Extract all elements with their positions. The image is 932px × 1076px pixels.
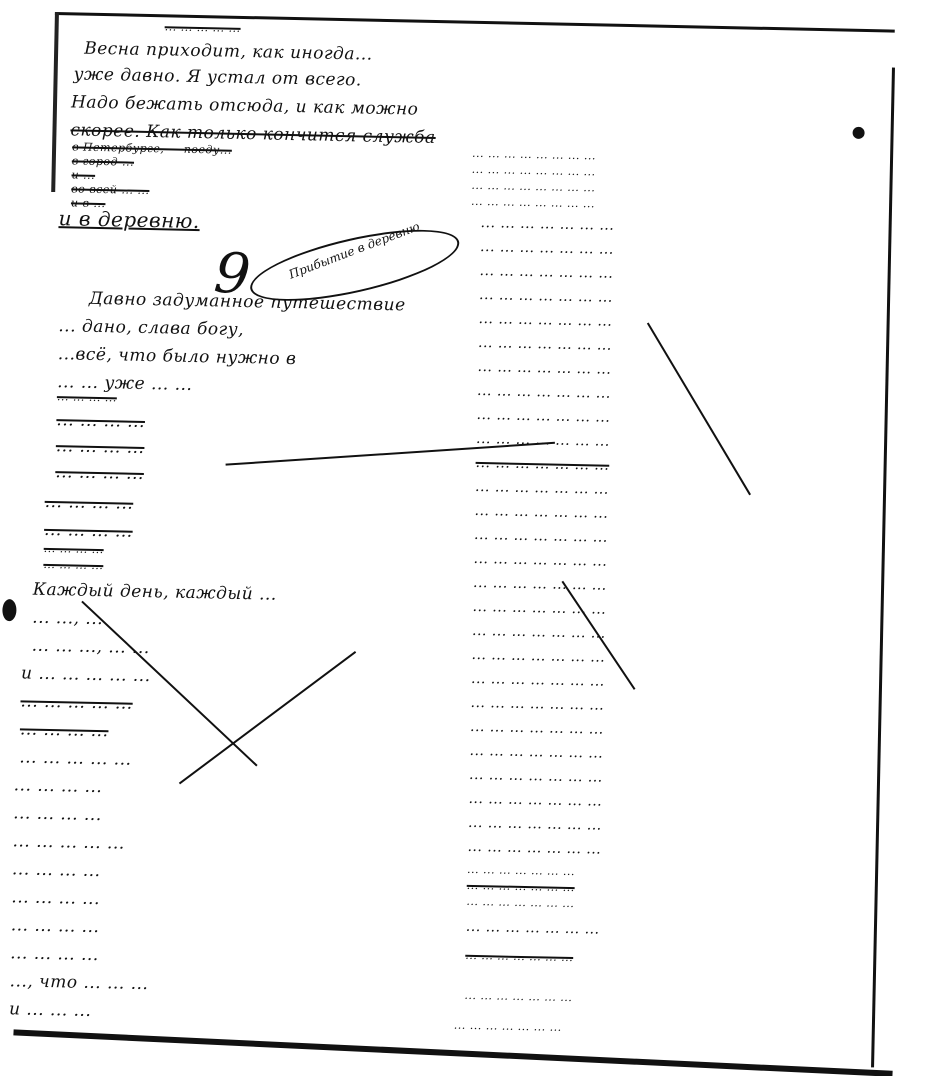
text-line: Каждый день, каждый ... [33, 580, 277, 605]
page-edge-right [871, 68, 895, 1068]
text-line: ... ... ... ... ... ... ... [477, 359, 611, 378]
struck-line: ... ... ... ... [20, 719, 109, 741]
text-line: ... ... ... ... ... ... ... [478, 311, 612, 330]
text-line: ... ... ... ... ... ... ... [474, 527, 608, 546]
text-line: ... ... ... ... ... ... ... [476, 431, 610, 450]
text-line: ... ... ... ... ... ... ... [468, 815, 602, 834]
text-line: ... ... ... ... ... ... ... [473, 575, 607, 594]
cross-out-stroke [647, 322, 751, 495]
text-line: ... ... ... ... [13, 803, 102, 825]
text-line: ... ... ... ... ... ... ... ... [471, 179, 595, 195]
text-line: и ... ... ... [9, 999, 92, 1021]
text-line: ... ... ... ... ... ... ... [473, 551, 607, 570]
text-line: ... ... ... ... ... ... ... [471, 647, 605, 666]
ink-blot [2, 599, 16, 621]
text-line: ... ... ... ... ... ... ... [476, 407, 610, 426]
text-line: ... ... ... ... ... [12, 831, 125, 853]
text-line: ... ... ... ... ... ... ... [474, 503, 608, 522]
text-line: ... ... ... ... ... ... ... [466, 895, 574, 910]
top-section: ... ... ... ... ... Весна приходит, как … [55, 10, 910, 28]
struck-line: ... ... ... ... [57, 390, 117, 404]
text-line: ... ... ... ... ... ... ... [479, 263, 613, 282]
text-line: ... ... ... ... ... ... ... [464, 989, 572, 1004]
struck-line: ... ... ... ... [55, 462, 144, 484]
text-line: ... дано, слава богу, [58, 316, 244, 340]
struck-line: ... ... ... ... ... [20, 691, 133, 713]
text-line: ... ... ... ... ... ... ... [468, 791, 602, 810]
struck-line: во всей ... ... [71, 182, 149, 197]
struck-line: ... ... ... ... ... [165, 20, 241, 35]
page-edge-bottom [13, 1029, 892, 1076]
text-line: ... ... ... ... ... ... ... [479, 287, 613, 306]
text-line: уже давно. Я устал от всего. [73, 64, 362, 90]
text-line: ... ... ... ... ... ... ... [477, 383, 611, 402]
text-line: ... ... ... ... ... ... ... ... [471, 195, 595, 211]
text-line: ... ... ... ... ... ... ... [478, 335, 612, 354]
page-edge-left [51, 12, 59, 192]
ink-blot [852, 127, 864, 139]
manuscript-page: ... ... ... ... ... Весна приходит, как … [33, 10, 910, 1068]
text-line: ... ... ... ... ... ... ... [467, 863, 575, 878]
text-line: Надо бежать отсюда, и как можно [71, 92, 419, 119]
text-line: ... ... ... ... ... [19, 747, 132, 769]
struck-line: ... ... ... ... [56, 436, 145, 458]
text-line: ... ... ... ... [14, 775, 103, 797]
text-line: ... ... ... ... ... ... ... [475, 479, 609, 498]
text-line: ... ... ... ... ... ... ... [470, 719, 604, 738]
text-line: ... ... ... ... ... ... ... [480, 239, 614, 258]
text-line: ... ... ... ... [10, 943, 99, 965]
struck-line: ... ... ... ... ... ... ... [465, 949, 573, 964]
struck-line: ... ... ... ... [44, 542, 104, 556]
struck-line: ... ... ... ... [44, 492, 133, 514]
text-line: ... ... ... ... ... ... ... [469, 743, 603, 762]
text-line: ... ... ... ... ... ... ... [480, 215, 614, 234]
text-line: ... ... ... ... ... ... ... ... [472, 163, 596, 179]
text-line: Весна приходит, как иногда... [84, 39, 373, 65]
struck-line: ... ... ... ... [43, 558, 103, 572]
text-line: ... ... ... ... ... ... ... [472, 623, 606, 642]
text-line: ... ... ... ... ... ... ... ... [472, 147, 596, 163]
text-line: и в деревню. [58, 206, 200, 233]
struck-line: ... ... ... ... [44, 520, 133, 542]
text-line: ... ... ... ... ... ... ... [467, 839, 601, 858]
text-line: ... ... ... ... [12, 859, 101, 881]
text-line: ... ... ... ... [11, 887, 100, 909]
text-line: ... ... ... ... [11, 915, 100, 937]
struck-line: в город ... [72, 154, 134, 168]
text-line: ... ... ... ... ... ... ... [469, 767, 603, 786]
text-line: Давно задуманное путешествие [89, 289, 406, 316]
text-line: ... ... ... ... ... ... ... [454, 1019, 562, 1034]
struck-line: ... ... ... ... [56, 410, 145, 432]
text-line: и ... ... ... ... ... [21, 663, 151, 686]
struck-line: ... ... ... ... ... ... ... [475, 455, 609, 474]
text-line: ...всё, что было нужно в [58, 344, 297, 369]
text-line: ... ... ... ... ... ... ... [471, 671, 605, 690]
text-line: ... ... ... ... ... ... ... [470, 695, 604, 714]
struck-line: и ... [71, 168, 95, 181]
struck-line: ... ... ... ... ... ... ... [467, 879, 575, 894]
text-line: ..., что ... ... ... [9, 971, 148, 994]
text-line: ... ... ... ... ... ... ... [466, 919, 600, 938]
